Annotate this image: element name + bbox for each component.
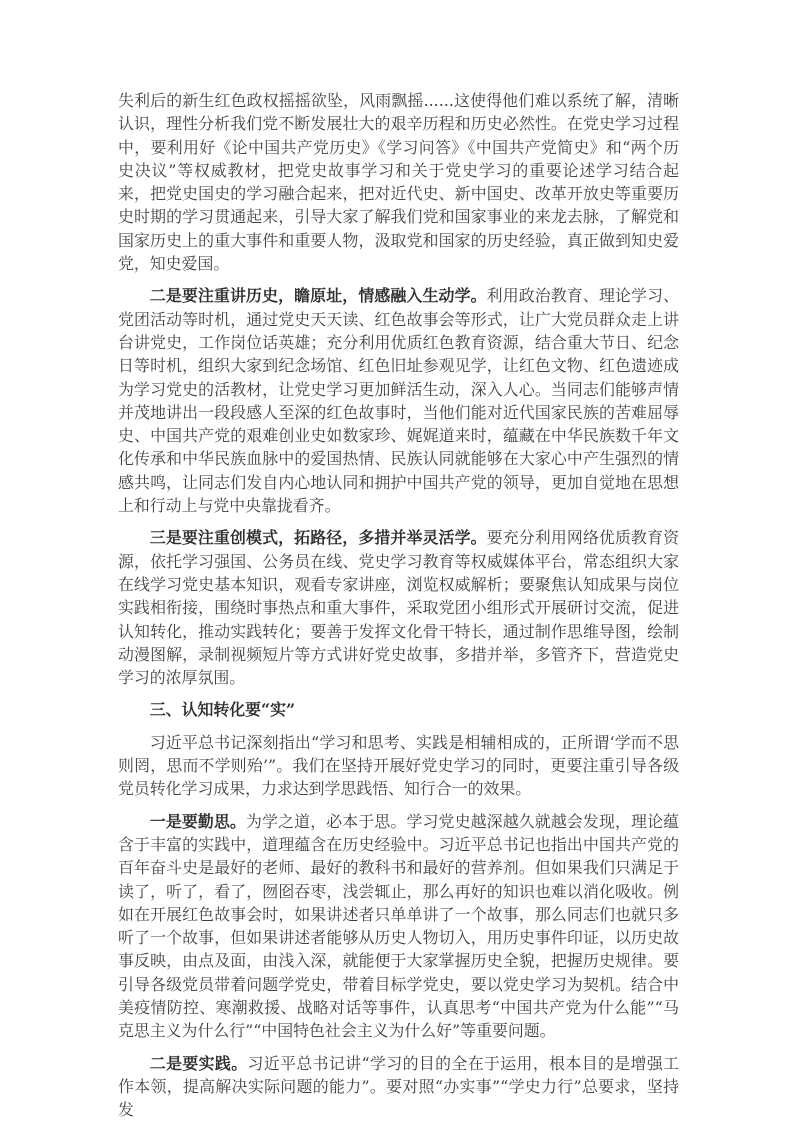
paragraph-point-3-mode: 三是要注重创模式，拓路径，多措并举灵活学。要充分利用网络优质教育资源，依托学习强…	[118, 526, 679, 689]
paragraph-lead: 三是要注重创模式，拓路径，多措并举灵活学。	[150, 528, 487, 547]
document-page: 失利后的新生红色政权摇摇欲坠，风雨飘摇......这使得他们难以系统了解，清晰认…	[0, 0, 793, 1122]
paragraph-text: 为学之道，必本于思。学习党史越深越久就越会发现，理论蕴含于丰富的实践中，道理蕴含…	[118, 812, 679, 1041]
paragraph-lead: 一是要勤思。	[150, 812, 246, 831]
paragraph-text: 要充分利用网络优质教育资源，依托学习强国、公务员在线、党史学习教育等权威媒体平台…	[118, 528, 679, 687]
paragraph-text: 失利后的新生红色政权摇摇欲坠，风雨飘摇......这使得他们难以系统了解，清晰认…	[118, 91, 679, 273]
paragraph-text: 利用政治教育、理论学习、党团活动等时机，通过党史天天读、红色故事会等形式，让广大…	[118, 286, 679, 515]
paragraph-text: 习近平总书记深刻指出“学习和思考、实践是相辅相成的，正所谓‘学而不思则罔，思而不…	[118, 733, 679, 799]
paragraph-point-1-think: 一是要勤思。为学之道，必本于思。学习党史越深越久就越会发现，理论蕴含于丰富的实践…	[118, 810, 679, 1043]
paragraph-point-2-history: 二是要注重讲历史，瞻原址，情感融入生动学。利用政治教育、理论学习、党团活动等时机…	[118, 284, 679, 517]
paragraph-point-2-practice: 二是要实践。习近平总书记讲“学习的目的全在于运用，根本目的是增强工作本领，提高解…	[118, 1052, 679, 1122]
paragraph-lead: 二是要注重讲历史，瞻原址，情感融入生动学。	[150, 286, 487, 305]
section-heading: 三、认知转化要“实”	[118, 698, 679, 721]
paragraph-quote-intro: 习近平总书记深刻指出“学习和思考、实践是相辅相成的，正所谓‘学而不思则罔，思而不…	[118, 731, 679, 801]
paragraph-continuation: 失利后的新生红色政权摇摇欲坠，风雨飘摇......这使得他们难以系统了解，清晰认…	[118, 89, 679, 275]
paragraph-lead: 二是要实践。	[150, 1054, 248, 1073]
